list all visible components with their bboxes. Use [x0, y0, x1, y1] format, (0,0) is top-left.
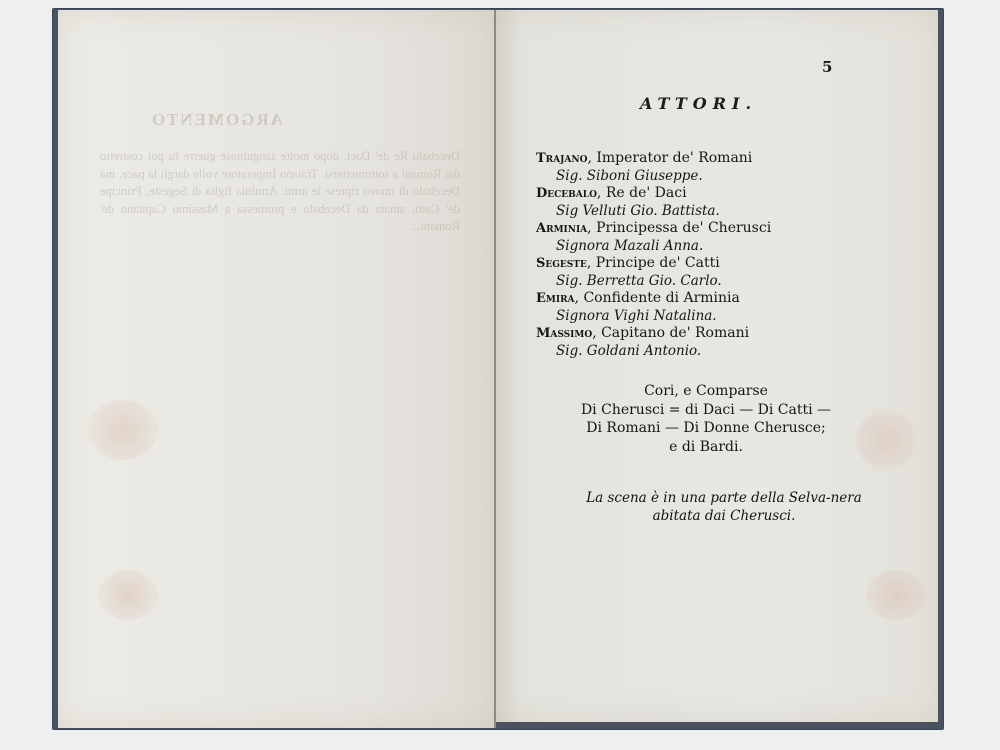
page-heading: ATTORI. [640, 94, 757, 113]
right-page [496, 10, 938, 722]
left-bleed-through-text: Decebalo Re de' Daci, dopo molte sanguin… [100, 148, 460, 236]
character-role: Principessa de' Cherusci [596, 220, 771, 236]
character-name: Trajano [536, 151, 587, 166]
performer-name: Signora Mazali Anna. [536, 238, 836, 256]
page-number: 5 [822, 58, 832, 76]
cast-role: Arminia, Principessa de' Cherusci [536, 220, 836, 238]
performer-name: Sig Velluti Gio. Battista. [536, 203, 836, 221]
performer-name: Sig. Berretta Gio. Carlo. [536, 273, 836, 291]
character-role: Principe de' Catti [596, 255, 720, 271]
cast-role: Decebalo, Re de' Daci [536, 185, 836, 203]
character-role: Re de' Daci [606, 185, 687, 201]
scene-line: abitata dai Cherusci. [536, 507, 912, 525]
foxing-stain [98, 570, 158, 620]
character-name: Decebalo [536, 186, 597, 201]
chorus-line: Di Cherusci = di Daci — Di Catti — [536, 401, 876, 420]
cast-role: Emira, Confidente di Arminia [536, 290, 836, 308]
scene-line: La scena è in una parte della Selva-nera [536, 489, 912, 507]
performer-name: Sig. Siboni Giuseppe. [536, 168, 836, 186]
character-name: Massimo [536, 326, 592, 341]
character-role: Imperator de' Romani [596, 150, 752, 166]
cast-role: Trajano, Imperator de' Romani [536, 150, 836, 168]
performer-name: Signora Vighi Natalina. [536, 308, 836, 326]
character-name: Segeste [536, 256, 587, 271]
cast-list: Trajano, Imperator de' Romani Sig. Sibon… [536, 150, 836, 360]
chorus-line: Di Romani — Di Donne Cherusce; [536, 419, 876, 438]
scene-note: La scena è in una parte della Selva-nera… [536, 489, 912, 525]
chorus-section: Cori, e Comparse Di Cherusci = di Daci —… [536, 382, 876, 456]
left-bleed-through-title: ARGOMENTO [150, 110, 283, 130]
cast-role: Massimo, Capitano de' Romani [536, 325, 836, 343]
performer-name: Sig. Goldani Antonio. [536, 343, 836, 361]
chorus-line: Cori, e Comparse [536, 382, 876, 401]
character-name: Arminia [536, 221, 587, 236]
foxing-stain [88, 400, 158, 460]
character-name: Emira [536, 291, 575, 306]
chorus-line: e di Bardi. [536, 438, 876, 457]
character-role: Confidente di Arminia [583, 290, 739, 306]
cast-role: Segeste, Principe de' Catti [536, 255, 836, 273]
foxing-stain [866, 570, 926, 620]
character-role: Capitano de' Romani [601, 325, 749, 341]
